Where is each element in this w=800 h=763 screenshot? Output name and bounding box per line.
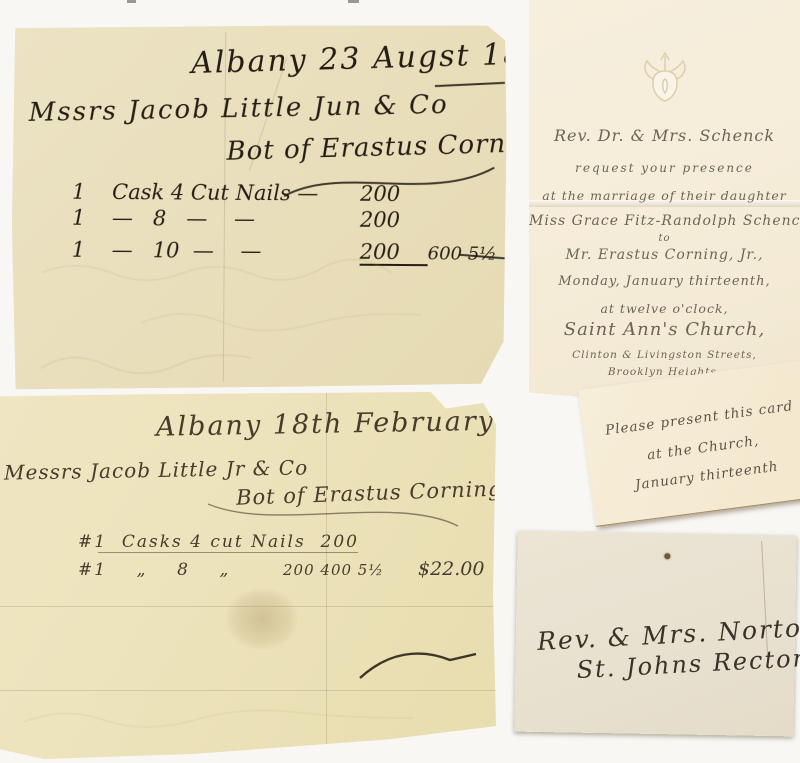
- ink-flourish: [98, 552, 358, 553]
- invitation-time: at twelve o'clock,: [529, 301, 800, 316]
- addressee-line: Messrs Jacob Little Jr & Co: [4, 455, 309, 484]
- receipt-1832: Albany 23 Augst 1832 Mssrs Jacob Little …: [11, 22, 508, 392]
- item-desc: #1 „ 8 „: [78, 560, 238, 580]
- ink-mark: [354, 644, 484, 688]
- invitation-date: Monday, January thirteenth,: [529, 274, 800, 289]
- ink-bleedthrough: [14, 692, 454, 752]
- invitation-occasion: at the marriage of their daughter: [529, 188, 800, 203]
- receipt-1833: Albany 18th February 1833 Messrs Jacob L…: [0, 392, 496, 759]
- paper-stain: [226, 588, 298, 650]
- ink-bleedthrough: [21, 252, 496, 395]
- invitation-hosts: Rev. Dr. & Mrs. Schenck: [529, 126, 800, 145]
- item-qty: 1: [72, 180, 112, 204]
- date-line: Albany 23 Augst 1832: [191, 36, 567, 81]
- embossed-crest-icon: [636, 50, 694, 112]
- invitation-bride: Miss Grace Fitz-Randolph Schenck,: [529, 213, 800, 229]
- item-amount: 200: [360, 182, 428, 206]
- invitation-groom: Mr. Erastus Corning, Jr.,: [529, 247, 800, 263]
- item-figures: 200 400 5½: [283, 561, 398, 579]
- wedding-invitation: Rev. Dr. & Mrs. Schenck request your pre…: [529, 0, 800, 399]
- paper-crease: [0, 690, 496, 691]
- item-desc: — 8 — —: [112, 206, 360, 232]
- line-item-row: #1 Casks 4 cut Nails 200: [78, 532, 359, 552]
- invitation-to: to: [529, 233, 800, 244]
- line-item-row: 1 Cask 4 Cut Nails — 200: [72, 180, 428, 206]
- item-total: $22.00: [418, 558, 484, 580]
- ephemera-scan: Albany 23 Augst 1832 Mssrs Jacob Little …: [0, 0, 800, 763]
- invitation-request: request your presence: [529, 161, 800, 175]
- line-item-row: #1 „ 8 „ 200 400 5½ $22.00: [78, 558, 484, 580]
- line-item-row: 1 — 8 — — 200: [72, 206, 428, 232]
- ink-flourish: [435, 82, 505, 87]
- pin-hole: [664, 553, 670, 559]
- envelope: Rev. & Mrs. Norton St. Johns Rectory.: [514, 531, 796, 737]
- scan-artifact: [127, 0, 136, 3]
- item-desc: Cask 4 Cut Nails —: [112, 180, 360, 206]
- addressee-line: Mssrs Jacob Little Jun & Co: [28, 90, 448, 128]
- item-amount: 200: [360, 208, 428, 232]
- date-line: Albany 18th February 1833: [156, 404, 583, 442]
- scan-artifact: [348, 0, 359, 3]
- church-admission-card: Please present this card at the Church, …: [578, 359, 800, 526]
- invitation-church: Saint Ann's Church,: [529, 319, 800, 340]
- invitation-streets: Clinton & Livingston Streets,: [529, 349, 800, 361]
- envelope-address: Rev. & Mrs. Norton St. Johns Rectory.: [536, 612, 800, 686]
- item-qty: 1: [72, 206, 112, 230]
